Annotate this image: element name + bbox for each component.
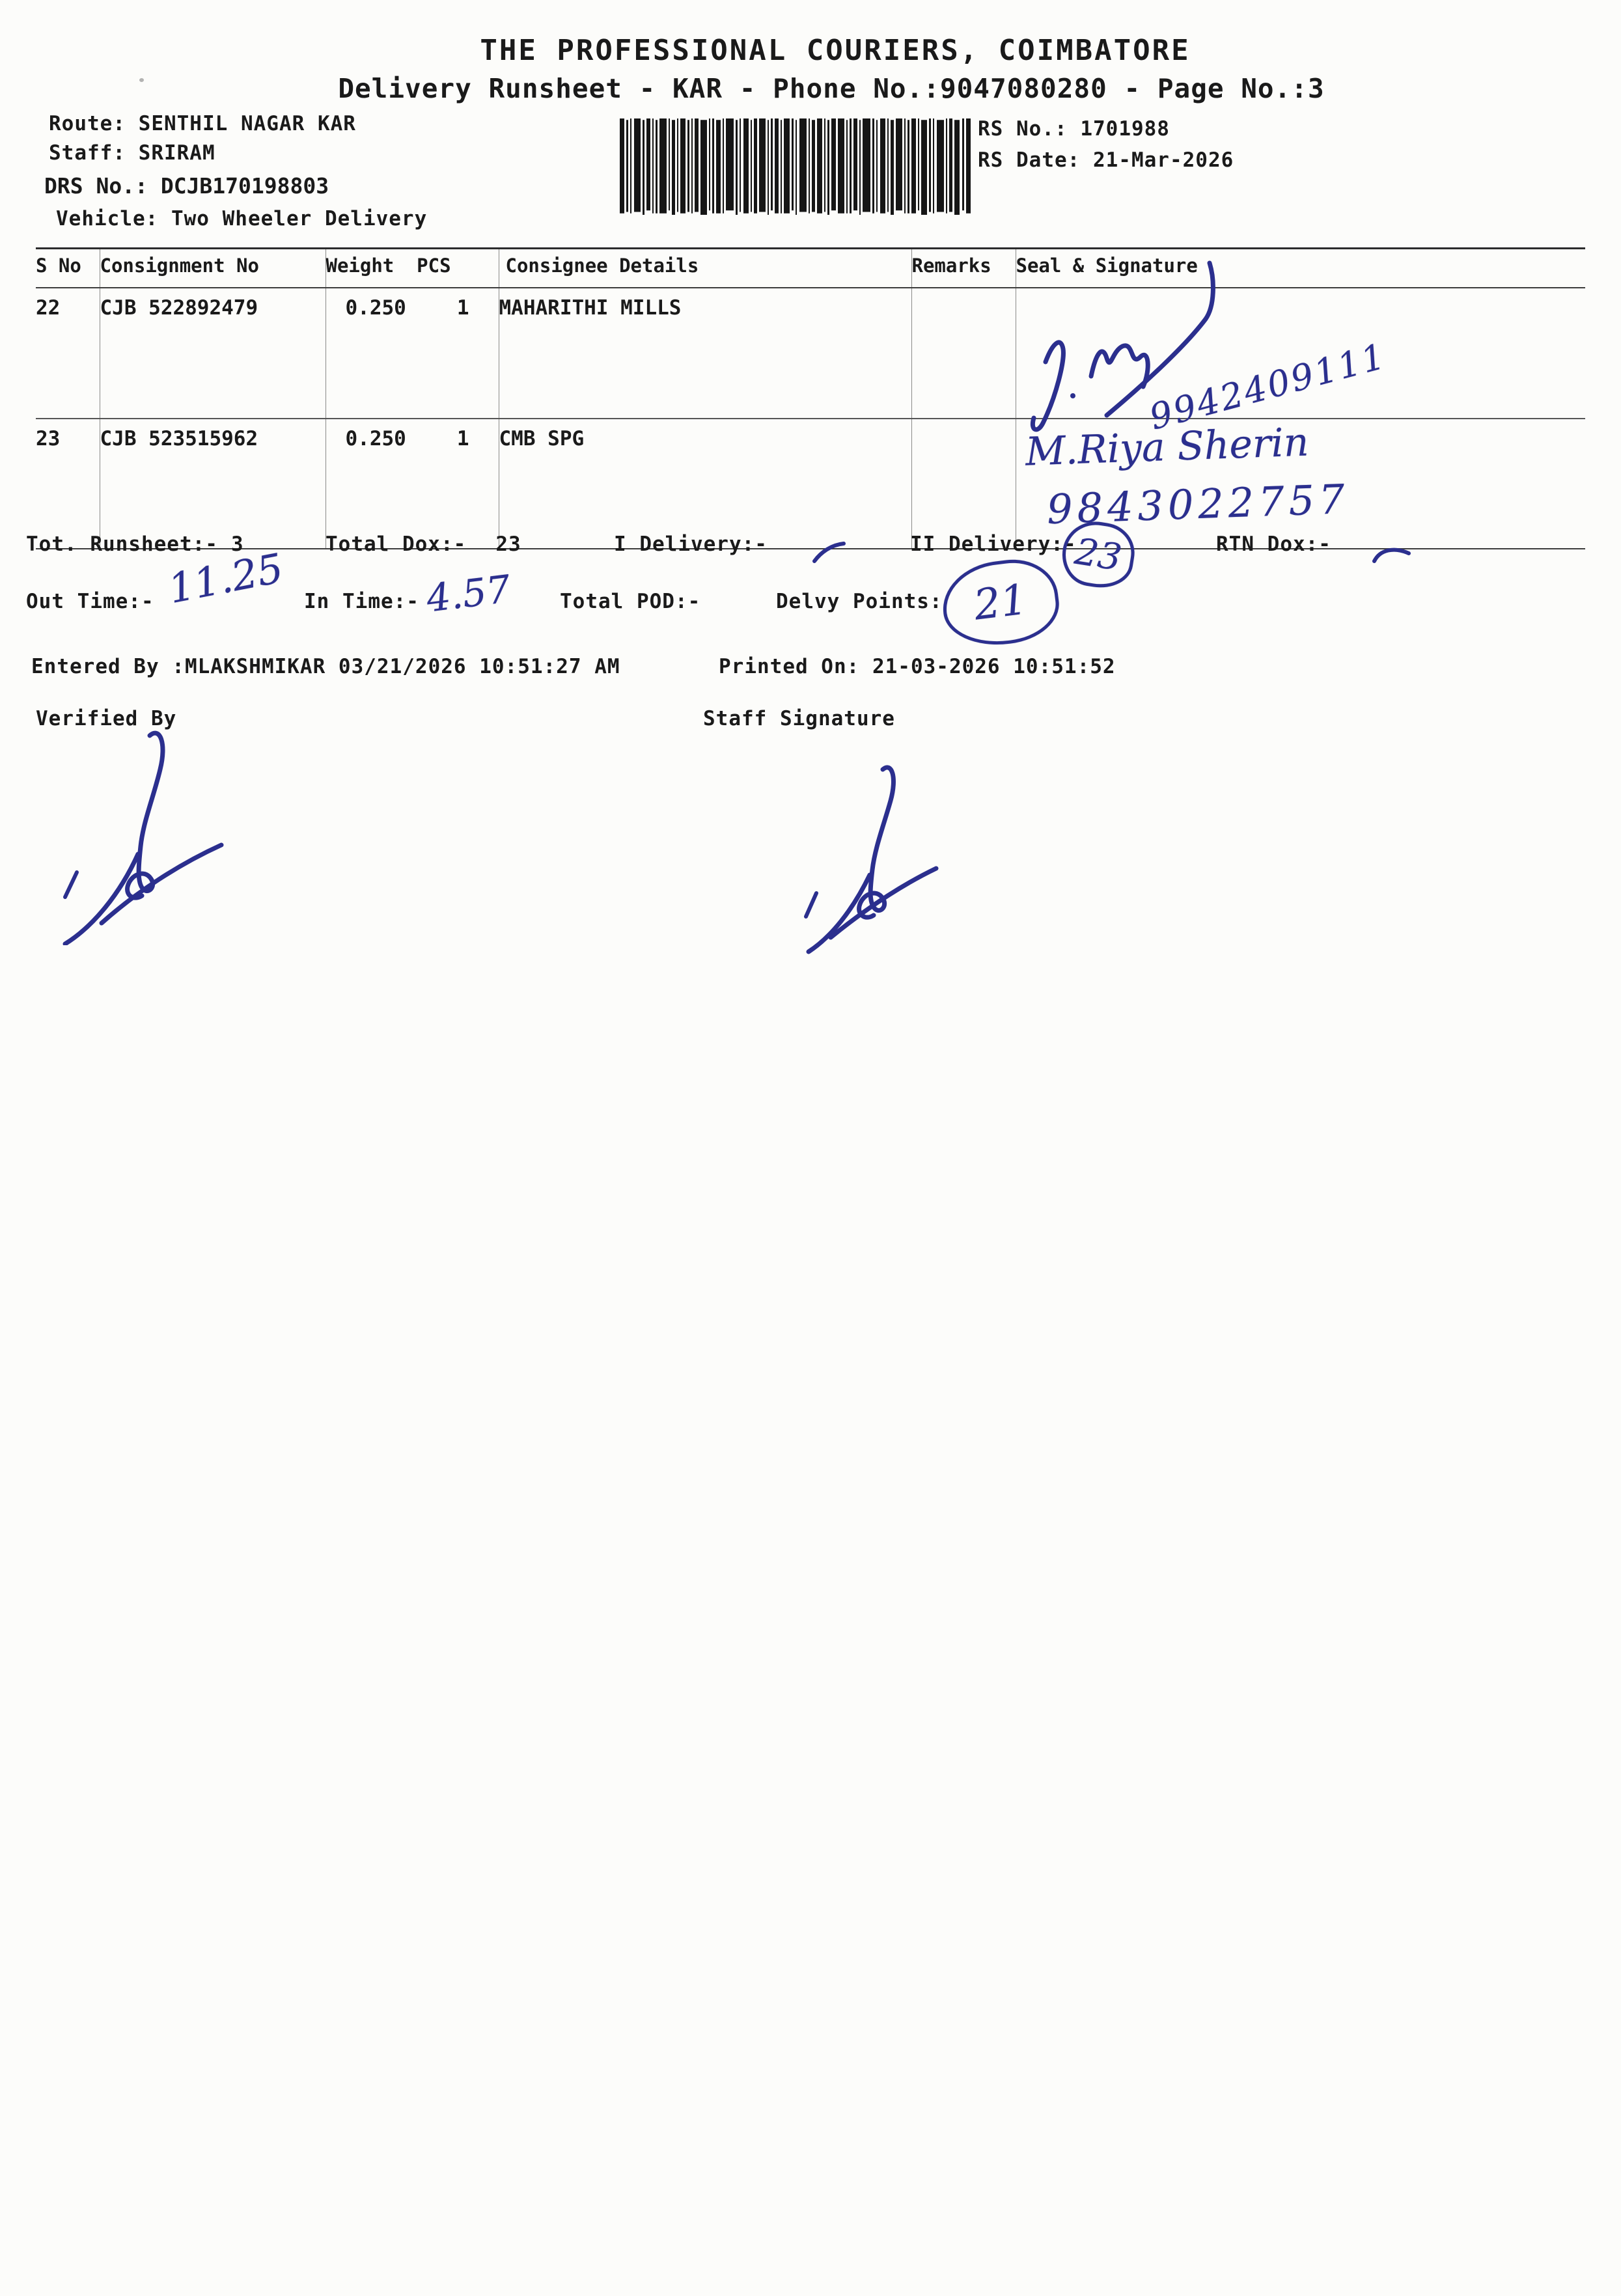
cell-consignee: CMB SPG: [499, 419, 911, 549]
staff-field: Staff: SRIRAM: [49, 141, 215, 165]
rs-date-value: 21-Mar-2026: [1093, 148, 1234, 172]
total-dox-field: Total Dox:-23: [326, 533, 521, 556]
staff-signature: [768, 760, 957, 956]
drs-no-field: DRS No.: DCJB170198803: [44, 173, 329, 199]
staff-label: Staff:: [49, 141, 126, 165]
cell-sno: 23: [36, 419, 100, 549]
total-dox-value: 23: [495, 533, 521, 556]
col-header-consignee: Consignee Details: [499, 249, 911, 288]
in-time-label: In Time:-: [304, 590, 419, 613]
cell-weight-pcs: 0.2501: [326, 419, 499, 549]
col-header-sno: S No: [36, 249, 100, 288]
delvy-points-label: Delvy Points:: [776, 590, 943, 613]
company-title: THE PROFESSIONAL COURIERS, COIMBATORE: [25, 34, 1621, 67]
verified-by-signature: [39, 724, 247, 945]
cell-consignee: MAHARITHI MILLS: [499, 288, 911, 419]
route-value: SENTHIL NAGAR KAR: [139, 112, 356, 135]
in-time-handwritten-value: 4.57: [424, 566, 512, 620]
col-header-weight-pcs: Weight PCS: [326, 249, 499, 288]
runsheet-subtitle: Delivery Runsheet - KAR - Phone No.:9047…: [21, 73, 1621, 104]
cell-pcs: 1: [457, 427, 469, 450]
staff-signature-label: Staff Signature: [703, 707, 895, 730]
out-time-label: Out Time:-: [26, 590, 154, 613]
rs-date-label: RS Date:: [978, 148, 1080, 172]
cell-consignment: CJB 523515962: [100, 419, 326, 549]
rtn-dox-label: RTN Dox:-: [1216, 533, 1331, 556]
staff-value: SRIRAM: [139, 141, 215, 165]
barcode: [620, 118, 971, 215]
route-label: Route:: [49, 112, 126, 135]
drs-no-label: DRS No.:: [44, 173, 148, 199]
cell-consignment: CJB 522892479: [100, 288, 326, 419]
rs-no-value: 1701988: [1080, 117, 1170, 141]
rs-date-field: RS Date: 21-Mar-2026: [978, 148, 1234, 172]
total-dox-label: Total Dox:-: [326, 533, 466, 556]
delvy-points-circled-value: 21: [938, 555, 1063, 652]
runsheet-document: THE PROFESSIONAL COURIERS, COIMBATORE De…: [0, 0, 1621, 2296]
drs-no-value: DCJB170198803: [161, 173, 329, 199]
total-pod-label: Total POD:-: [560, 590, 700, 613]
cell-weight: 0.250: [326, 427, 406, 450]
tot-runsheet-field: Tot. Runsheet:-3: [26, 533, 244, 556]
tot-runsheet-label: Tot. Runsheet:-: [26, 533, 218, 556]
i-delivery-label: I Delivery:-: [614, 533, 768, 556]
entered-by-text: Entered By :MLAKSHMIKAR 03/21/2026 10:51…: [31, 655, 620, 678]
rs-no-field: RS No.: 1701988: [978, 117, 1170, 141]
ii-delivery-label: II Delivery:-: [910, 533, 1077, 556]
vehicle-field: Vehicle: Two Wheeler Delivery: [56, 207, 427, 230]
col-header-consignment: Consignment No: [100, 249, 326, 288]
cell-sno: 22: [36, 288, 100, 419]
vehicle-label: Vehicle:: [56, 207, 158, 230]
i-delivery-tick-mark: [812, 542, 846, 565]
rtn-dox-mark: [1372, 546, 1411, 568]
rs-no-label: RS No.:: [978, 117, 1068, 141]
vehicle-value: Two Wheeler Delivery: [171, 207, 427, 230]
cell-pcs: 1: [457, 296, 469, 320]
route-field: Route: SENTHIL NAGAR KAR: [49, 112, 356, 135]
printed-on-text: Printed On: 21-03-2026 10:51:52: [719, 655, 1116, 678]
cell-weight-pcs: 0.2501: [326, 288, 499, 419]
cell-weight: 0.250: [326, 296, 406, 320]
